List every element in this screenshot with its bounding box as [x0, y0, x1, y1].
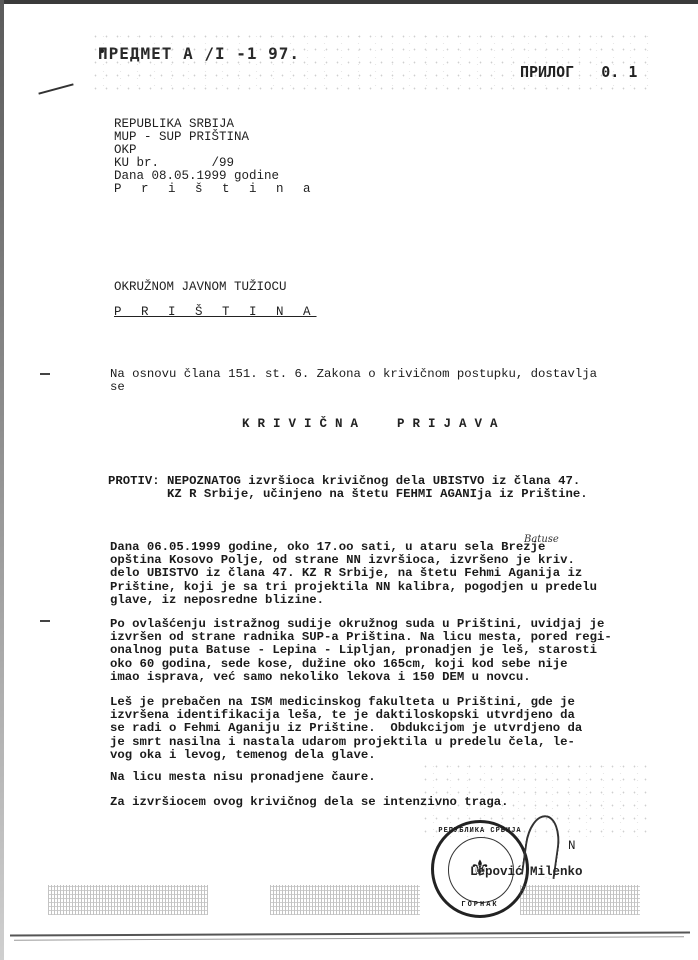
attachment-label: ПРИЛОГ 0. 1 [520, 63, 637, 81]
margin-mark [38, 83, 73, 94]
stamp-top-text: РЕПУБЛИКА СРБИЈА [434, 827, 526, 835]
archive-mark: ПРЕДМЕТ А /I -1 97. [98, 44, 300, 63]
against-clause: PROTIV: NEPOZNATOG izvršioca krivičnog d… [108, 475, 648, 501]
paragraph-incident: Dana 06.05.1999 godine, oko 17.oo sati, … [110, 541, 650, 607]
paragraph-search: Za izvršiocem ovog krivičnog dela se int… [110, 796, 650, 809]
legal-basis: Na osnovu člana 151. st. 6. Zakona o kri… [110, 368, 650, 394]
recipient-name: OKRUŽNOM JAVNOM TUŽIOCU [114, 281, 287, 294]
scan-border-top [0, 0, 698, 4]
scan-noise-band [520, 885, 640, 915]
scan-border-left [0, 0, 4, 960]
attachment-label-text: ПРИЛОГ [520, 63, 574, 81]
paragraph-casings: Na licu mesta nisu pronadjene čaure. [110, 771, 650, 784]
document-title: KRIVIČNA PRIJAVA [242, 418, 506, 431]
signature-letter: N [568, 840, 576, 853]
paragraph-autopsy: Leš je prebačen na ISM medicinskog fakul… [110, 696, 650, 762]
sender-city: P r i š t i n a [114, 183, 317, 196]
signatory-name: Lepović Milenko [470, 866, 583, 879]
page-edge [10, 932, 690, 937]
paragraph-investigation: Po ovlašćenju istražnog sudije okružnog … [110, 618, 650, 684]
margin-tick [40, 620, 50, 622]
scan-noise-band [270, 885, 420, 915]
stamp-bottom-text: ГОРНАК [434, 901, 526, 909]
scan-noise-band [48, 885, 208, 915]
page-edge-shadow [14, 936, 684, 941]
attachment-number: 0. 1 [601, 63, 637, 81]
margin-tick [40, 373, 50, 375]
recipient-city: P R I Š T I N A [114, 306, 317, 319]
